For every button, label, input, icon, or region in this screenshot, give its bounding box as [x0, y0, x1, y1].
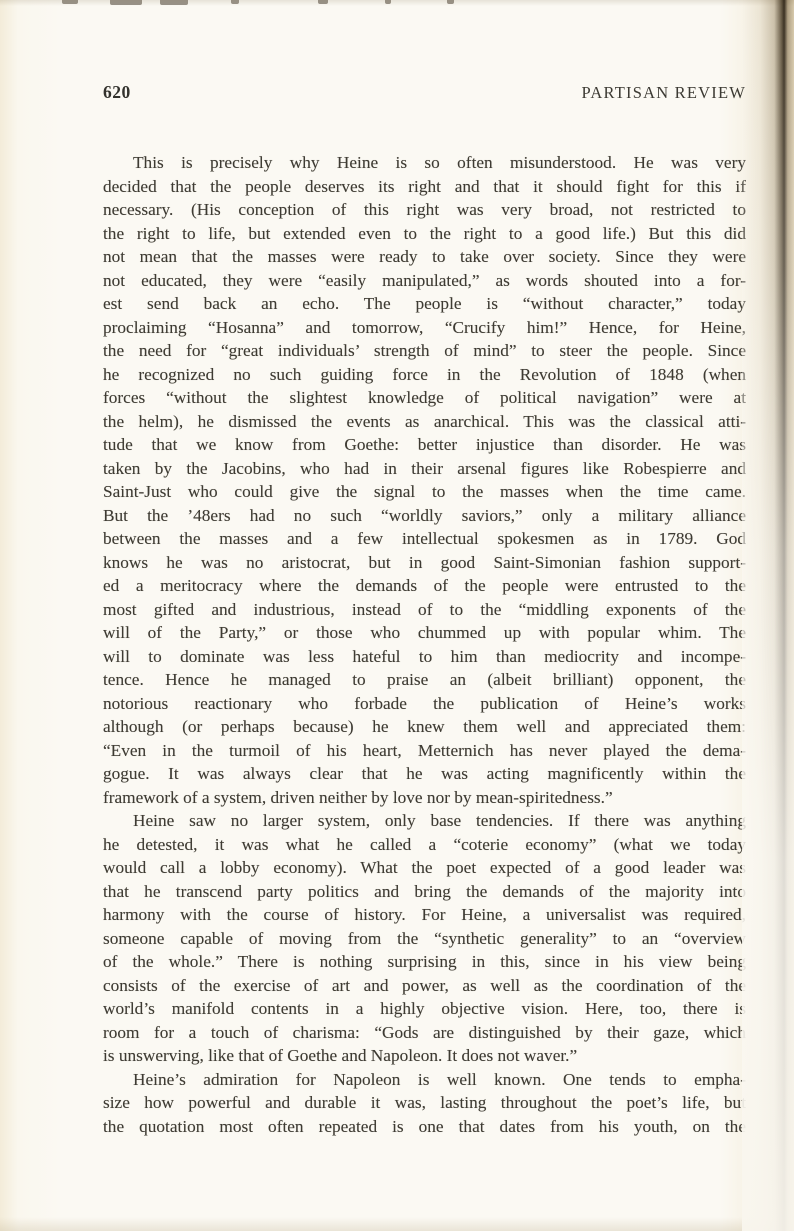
text-line: is unswerving, like that of Goethe and N…: [103, 1044, 746, 1068]
text-line: Saint-Just who could give the signal to …: [103, 480, 746, 504]
text-line: not mean that the masses were ready to t…: [103, 245, 746, 269]
text-line: framework of a system, driven neither by…: [103, 786, 746, 810]
text-line: tence. Hence he managed to praise an (al…: [103, 668, 746, 692]
text-line: decided that the people deserves its rig…: [103, 175, 746, 199]
text-line: although (or perhaps because) he knew th…: [103, 715, 746, 739]
text-line: the quotation most often repeated is one…: [103, 1115, 746, 1139]
scan-artifact: [62, 0, 78, 4]
text-line: would call a lobby economy). What the po…: [103, 856, 746, 880]
scan-artifact: [385, 0, 391, 4]
text-line: But the ’48ers had no such “worldly savi…: [103, 504, 746, 528]
text-line: most gifted and industrious, instead of …: [103, 598, 746, 622]
page-bottom-edge-shadow: [0, 1217, 794, 1231]
book-spine-edge-shadow-fade: [742, 0, 794, 1231]
text-line: the helm), he dismissed the events as an…: [103, 410, 746, 434]
text-line: room for a touch of charisma: “Gods are …: [103, 1021, 746, 1045]
text-line: not educated, they were “easily manipula…: [103, 269, 746, 293]
text-line: between the masses and a few intellectua…: [103, 527, 746, 551]
text-line: notorious reactionary who forbade the pu…: [103, 692, 746, 716]
scan-artifact: [231, 0, 239, 4]
text-line: someone capable of moving from the “synt…: [103, 927, 746, 951]
text-line: that he transcend party politics and bri…: [103, 880, 746, 904]
text-line: world’s manifold contents in a highly ob…: [103, 997, 746, 1021]
text-line: taken by the Jacobins, who had in their …: [103, 457, 746, 481]
scan-artifact: [318, 0, 328, 4]
text-line: harmony with the course of history. For …: [103, 903, 746, 927]
text-line: the need for “great individuals’ strengt…: [103, 339, 746, 363]
text-line: will of the Party,” or those who chummed…: [103, 621, 746, 645]
text-line: “Even in the turmoil of his heart, Mette…: [103, 739, 746, 763]
text-line: Heine saw no larger system, only base te…: [103, 809, 746, 833]
book-spine-edge-shadow: [742, 0, 794, 1231]
text-line: consists of the exercise of art and powe…: [103, 974, 746, 998]
scan-artifact: [447, 0, 454, 4]
text-line: will to dominate was less hateful to him…: [103, 645, 746, 669]
text-line: tude that we know from Goethe: better in…: [103, 433, 746, 457]
text-line: proclaiming “Hosanna” and tomorrow, “Cru…: [103, 316, 746, 340]
text-line: size how powerful and durable it was, la…: [103, 1091, 746, 1115]
text-line: the right to life, but extended even to …: [103, 222, 746, 246]
text-line: This is precisely why Heine is so often …: [103, 151, 746, 175]
scan-artifact: [110, 0, 142, 5]
text-line: ed a meritocracy where the demands of th…: [103, 574, 746, 598]
journal-title: PARTISAN REVIEW: [582, 83, 746, 103]
text-line: of the whole.” There is nothing surprisi…: [103, 950, 746, 974]
text-line: he detested, it was what he called a “co…: [103, 833, 746, 857]
text-line: est send back an echo. The people is “wi…: [103, 292, 746, 316]
page-number: 620: [103, 82, 131, 103]
text-line: Heine’s admiration for Napoleon is well …: [103, 1068, 746, 1092]
scanned-page: 620 PARTISAN REVIEW This is precisely wh…: [0, 0, 794, 1231]
body-text: This is precisely why Heine is so often …: [103, 151, 746, 1138]
text-line: necessary. (His conception of this right…: [103, 198, 746, 222]
text-line: gogue. It was always clear that he was a…: [103, 762, 746, 786]
text-line: knows he was no aristocrat, but in good …: [103, 551, 746, 575]
page-top-edge-shadow: [0, 0, 794, 6]
page-header: 620 PARTISAN REVIEW: [103, 82, 746, 103]
text-line: forces “without the slightest knowledge …: [103, 386, 746, 410]
text-line: he recognized no such guiding force in t…: [103, 363, 746, 387]
scan-artifact: [160, 0, 188, 5]
